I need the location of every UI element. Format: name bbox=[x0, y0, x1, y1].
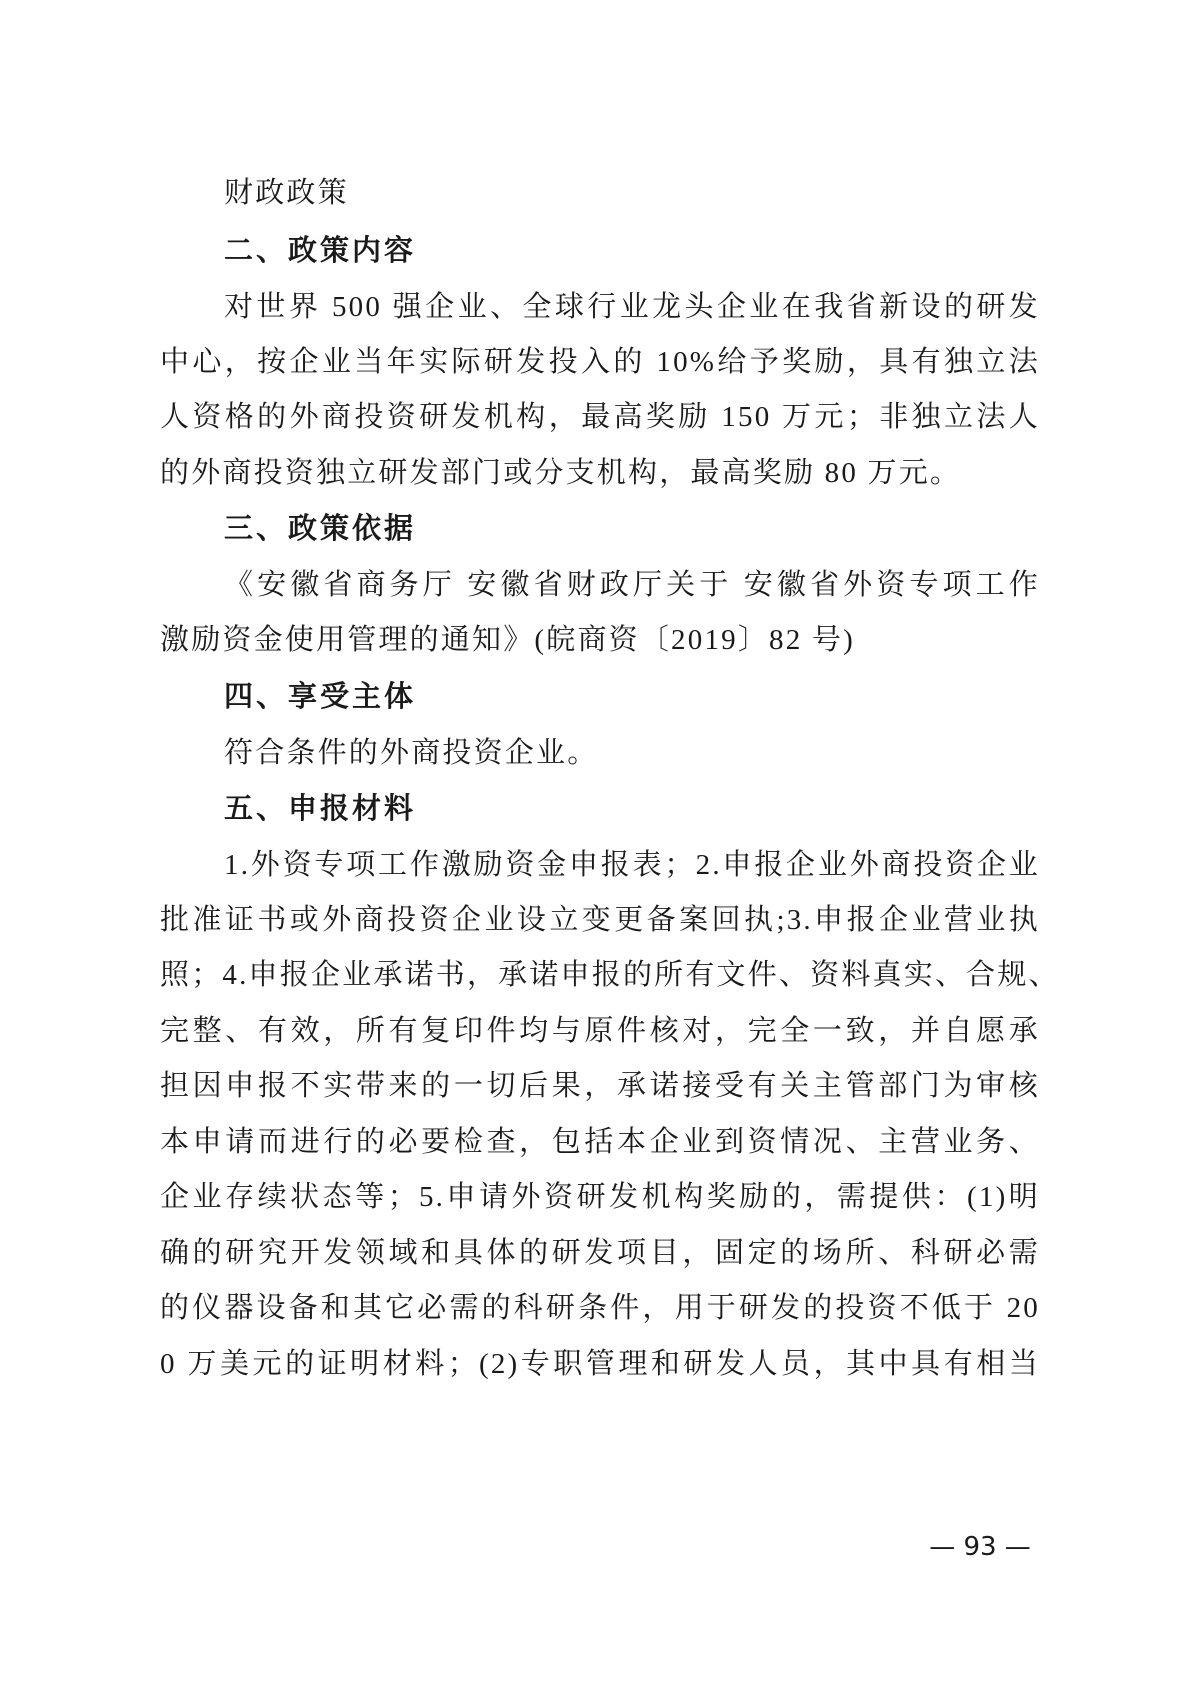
paragraph-line: 完整、有效，所有复印件均与原件核对，完全一致，并自愿承 bbox=[160, 1011, 1040, 1051]
paragraph-line: 0 万美元的证明材料；(2)专职管理和研发人员，其中具有相当 bbox=[160, 1344, 1040, 1384]
paragraph-line: 的仪器设备和其它必需的科研条件，用于研发的投资不低于 20 bbox=[160, 1288, 1040, 1328]
paragraph-line: 1.外资专项工作激励资金申报表；2.申报企业外商投资企业 bbox=[224, 845, 1040, 885]
section-intro-text: 财政政策 bbox=[224, 173, 1040, 213]
heading-beneficiary: 四、享受主体 bbox=[224, 676, 1040, 716]
paragraph-line: 《安徽省商务厅 安徽省财政厅关于 安徽省外资专项工作 bbox=[224, 565, 1040, 605]
paragraph-line: 人资格的外商投资研发机构，最高奖励 150 万元；非独立法人 bbox=[160, 397, 1040, 437]
heading-policy-basis: 三、政策依据 bbox=[224, 508, 1040, 548]
paragraph-line: 批准证书或外商投资企业设立变更备案回执;3.申报企业营业执 bbox=[160, 900, 1040, 940]
paragraph-line: 对世界 500 强企业、全球行业龙头企业在我省新设的研发 bbox=[224, 287, 1040, 327]
heading-policy-content: 二、政策内容 bbox=[224, 230, 1040, 270]
paragraph-line: 本申请而进行的必要检查，包括本企业到资情况、主营业务、 bbox=[160, 1122, 1040, 1162]
document-page: 财政政策 二、政策内容 对世界 500 强企业、全球行业龙头企业在我省新设的研发… bbox=[0, 0, 1190, 1683]
paragraph-line: 企业存续状态等；5.申请外资研发机构奖励的，需提供：(1)明 bbox=[160, 1177, 1040, 1217]
heading-application-materials: 五、申报材料 bbox=[224, 788, 1040, 828]
paragraph-line: 符合条件的外商投资企业。 bbox=[224, 733, 1040, 773]
paragraph-line: 中心，按企业当年实际研发投入的 10%给予奖励，具有独立法 bbox=[160, 342, 1040, 382]
paragraph-line: 照；4.申报企业承诺书，承诺申报的所有文件、资料真实、合规、 bbox=[160, 955, 1040, 995]
paragraph-line: 的外商投资独立研发部门或分支机构，最高奖励 80 万元。 bbox=[160, 453, 1040, 493]
paragraph-line: 激励资金使用管理的通知》(皖商资〔2019〕82 号) bbox=[160, 620, 1040, 660]
paragraph-line: 担因申报不实带来的一切后果，承诺接受有关主管部门为审核 bbox=[160, 1066, 1040, 1106]
paragraph-line: 确的研究开发领域和具体的研发项目，固定的场所、科研必需 bbox=[160, 1233, 1040, 1273]
page-number: — 93 — bbox=[910, 1530, 1050, 1564]
